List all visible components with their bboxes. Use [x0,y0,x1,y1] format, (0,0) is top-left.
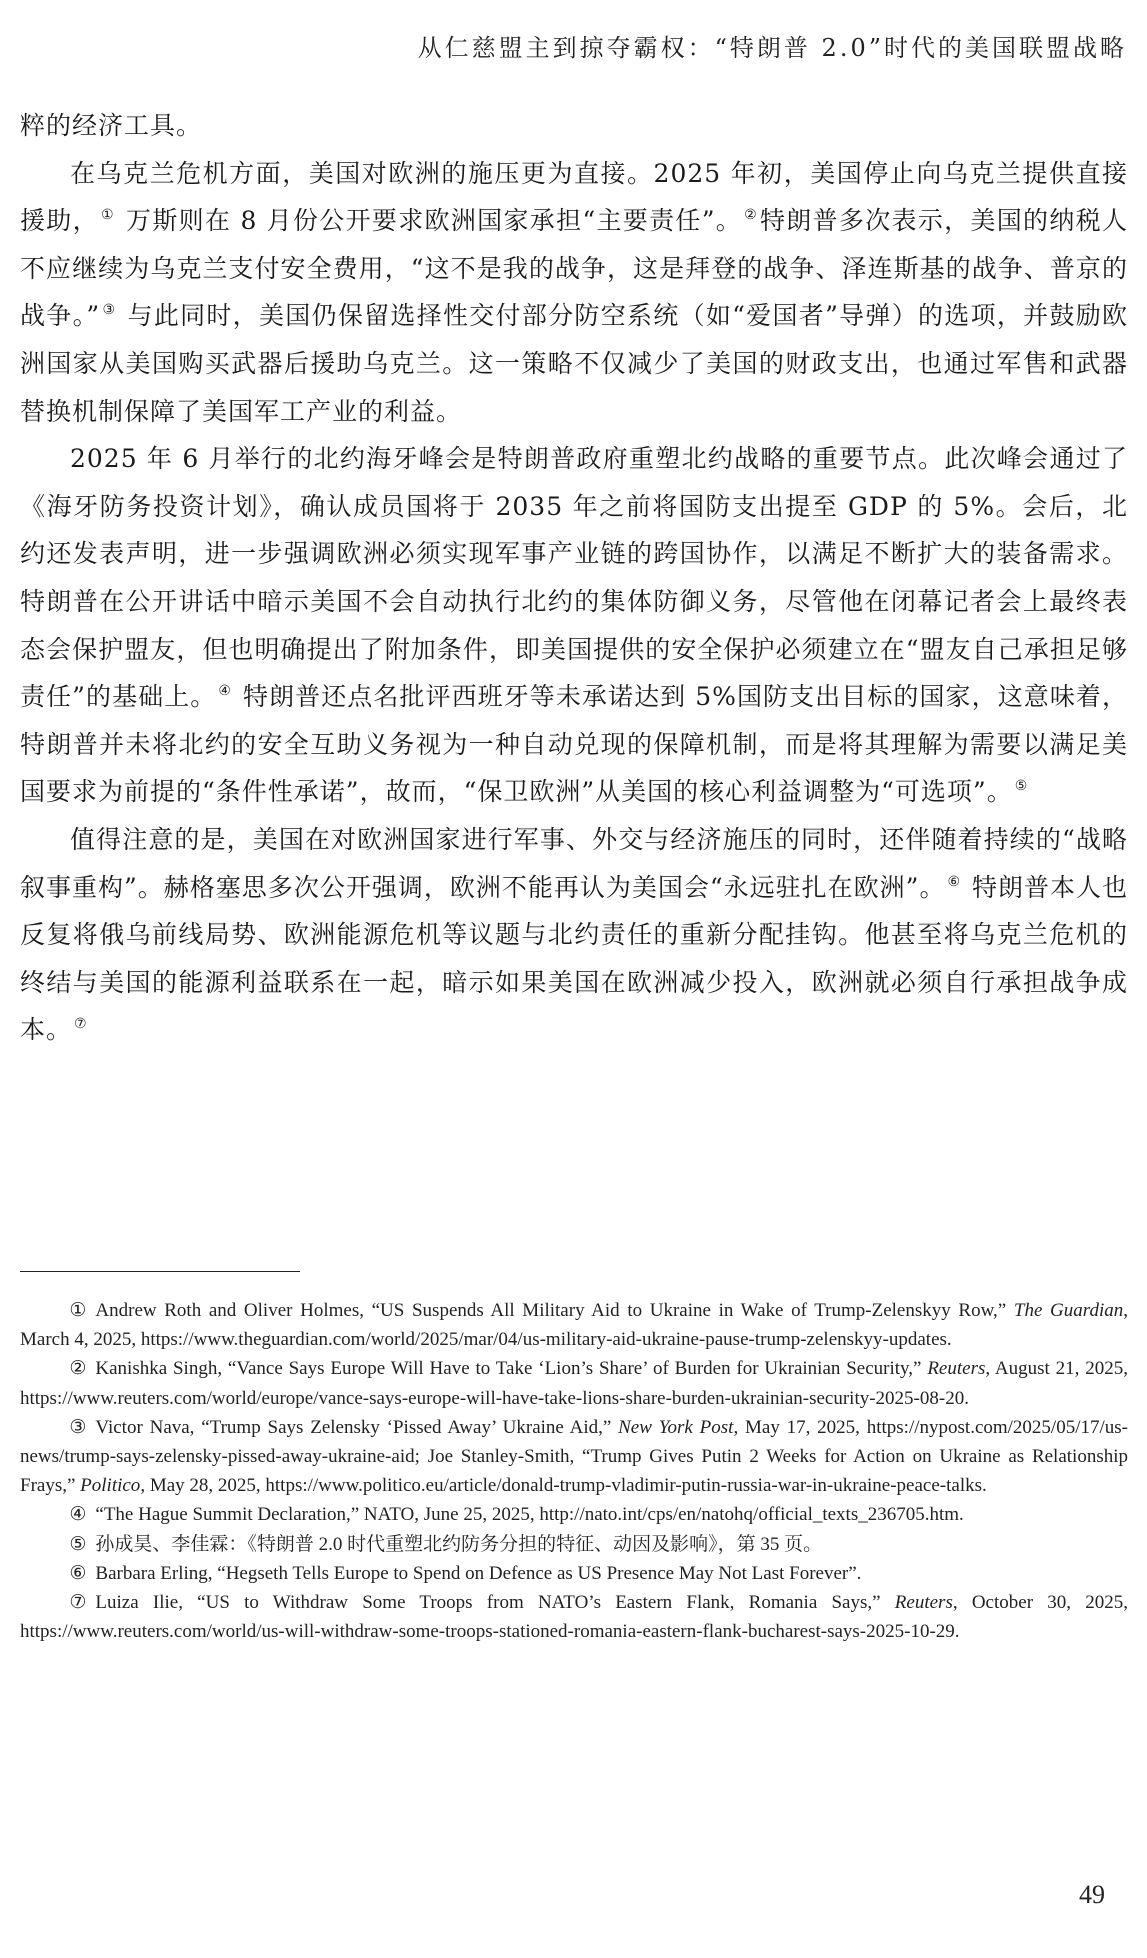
footnote-number: ① [69,1296,95,1325]
footnote-number: ② [69,1354,95,1383]
body-text-run: 粹的经济工具。 [20,111,202,140]
footnote-number: ⑦ [69,1588,95,1617]
publication-title: Reuters [895,1592,953,1613]
footnote-number: ④ [69,1500,95,1529]
publication-title: New York Post [618,1417,733,1438]
page-number: 49 [1079,1880,1105,1910]
body-text-run: 2025 年 6 月举行的北约海牙峰会是特朗普政府重塑北约战略的重要节点。此次峰… [20,444,1128,711]
footnote-reference-link[interactable]: ④ [218,683,232,699]
footnote-item: ④“The Hague Summit Declaration,” NATO, J… [20,1500,1128,1529]
footnote-number: ⑥ [69,1559,95,1588]
footnote-reference-link[interactable]: ⑦ [74,1016,88,1032]
body-text-run: 与此同时，美国仍保留选择性交付部分防空系统（如“爱国者”导弹）的选项，并鼓励欧洲… [20,301,1128,425]
body-text: 粹的经济工具。在乌克兰危机方面，美国对欧洲的施压更为直接。2025 年初，美国停… [20,102,1128,1054]
publication-title: Reuters [927,1358,985,1379]
running-header-title: 从仁慈盟主到掠夺霸权：“特朗普 2.0”时代的美国联盟战略 [418,28,1127,63]
footnote-item: ①Andrew Roth and Oliver Holmes, “US Susp… [20,1296,1128,1354]
footnote-reference-link[interactable]: ⑤ [1015,778,1029,794]
footnote-text: Luiza Ilie, “US to Withdraw Some Troops … [95,1592,894,1613]
footnote-reference-link[interactable]: ② [744,207,758,223]
footnote-item: ⑤孙成昊、李佳霖：《特朗普 2.0 时代重塑北约防务分担的特征、动因及影响》，第… [20,1530,1128,1559]
body-paragraph: 值得注意的是，美国在对欧洲国家进行军事、外交与经济施压的同时，还伴随着持续的“战… [20,816,1128,1054]
body-paragraph: 粹的经济工具。 [20,102,1128,150]
footnote-number: ③ [69,1413,95,1442]
footnote-text: Kanishka Singh, “Vance Says Europe Will … [95,1358,927,1379]
footnote-separator-rule [20,1271,300,1272]
publication-title: Politico [80,1475,140,1496]
footnote-text: , May 28, 2025, https://www.politico.eu/… [140,1475,986,1496]
footnotes-section: ①Andrew Roth and Oliver Holmes, “US Susp… [20,1296,1128,1646]
footnote-reference-link[interactable]: ⑥ [947,874,961,890]
footnote-text: “The Hague Summit Declaration,” NATO, Ju… [95,1504,963,1525]
body-paragraph: 在乌克兰危机方面，美国对欧洲的施压更为直接。2025 年初，美国停止向乌克兰提供… [20,150,1128,436]
footnote-text: 孙成昊、李佳霖：《特朗普 2.0 时代重塑北约防务分担的特征、动因及影响》，第 … [95,1534,822,1555]
footnote-item: ⑦Luiza Ilie, “US to Withdraw Some Troops… [20,1588,1128,1646]
footnote-reference-link[interactable]: ① [101,207,115,223]
footnote-number: ⑤ [69,1530,95,1559]
footnote-item: ③Victor Nava, “Trump Says Zelensky ‘Piss… [20,1413,1128,1501]
body-paragraph: 2025 年 6 月举行的北约海牙峰会是特朗普政府重塑北约战略的重要节点。此次峰… [20,435,1128,816]
footnote-text: Andrew Roth and Oliver Holmes, “US Suspe… [95,1300,1014,1321]
footnote-text: Victor Nava, “Trump Says Zelensky ‘Pisse… [95,1417,618,1438]
footnote-reference-link[interactable]: ③ [102,302,116,318]
document-page: 从仁慈盟主到掠夺霸权：“特朗普 2.0”时代的美国联盟战略 粹的经济工具。在乌克… [0,0,1147,1958]
body-text-run: 万斯则在 8 月份公开要求欧洲国家承担“主要责任”。 [117,206,742,235]
body-text-run: 值得注意的是，美国在对欧洲国家进行军事、外交与经济施压的同时，还伴随着持续的“战… [20,825,1128,902]
footnote-text: Barbara Erling, “Hegseth Tells Europe to… [95,1563,861,1584]
footnote-item: ⑥Barbara Erling, “Hegseth Tells Europe t… [20,1559,1128,1588]
footnote-item: ②Kanishka Singh, “Vance Says Europe Will… [20,1354,1128,1412]
publication-title: The Guardian [1014,1300,1123,1321]
